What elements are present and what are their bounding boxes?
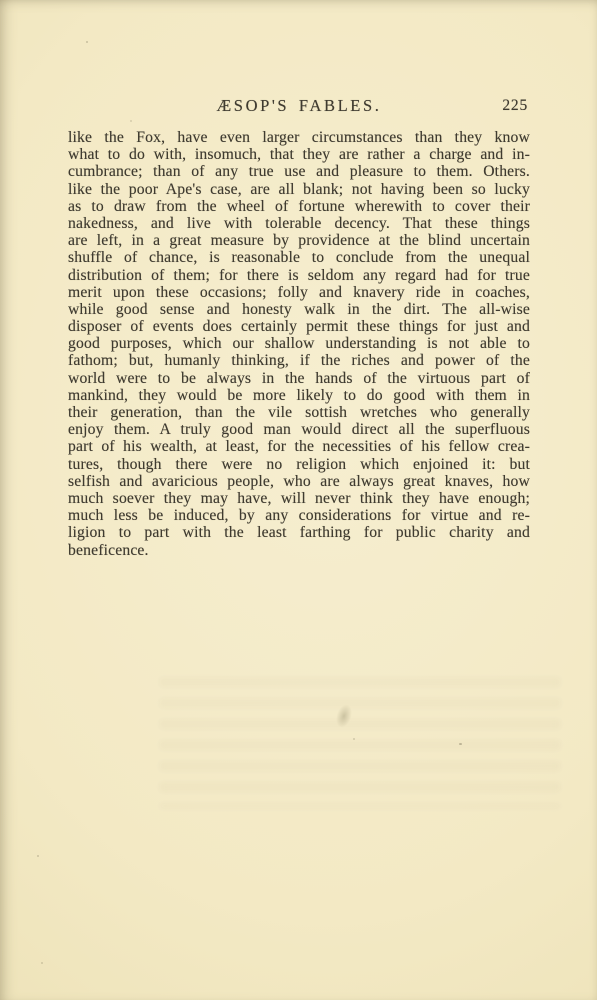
text-line: good purposes, which our shallow underst… — [68, 335, 530, 352]
text-line: much soever they may have, will never th… — [68, 490, 530, 507]
text-line: distribution of them; for there is seldo… — [68, 267, 530, 284]
text-line: while good sense and honesty walk in the… — [68, 301, 530, 318]
text-line: much less be induced, by any considerati… — [68, 507, 530, 524]
running-title: ÆSOP'S FABLES. — [68, 96, 530, 116]
text-line: part of his wealth, at least, for the ne… — [68, 438, 530, 455]
text-line: fathom; but, humanly thinking, if the ri… — [68, 352, 530, 369]
paper-speck — [41, 962, 43, 964]
text-line: like the Fox, have even larger circumsta… — [68, 129, 530, 146]
paper-speck — [459, 743, 462, 745]
text-line: mankind, they would be more likely to do… — [68, 387, 530, 404]
text-line: nakedness, and live with tolerable decen… — [68, 215, 530, 232]
body-text: like the Fox, have even larger circumsta… — [68, 129, 530, 559]
page-show-through — [160, 678, 560, 808]
text-line: enjoy them. A truly good man would direc… — [68, 421, 530, 438]
text-line: beneficence. — [68, 542, 530, 559]
text-line: what to do with, insomuch, that they are… — [68, 146, 530, 163]
paper-speck — [86, 41, 88, 43]
text-line: like the poor Ape's case, are all blank;… — [68, 181, 530, 198]
text-line: are left, in a great measure by providen… — [68, 232, 530, 249]
text-line: their generation, than the vile sottish … — [68, 404, 530, 421]
text-line: ligion to part with the least farthing f… — [68, 524, 530, 541]
page-header: ÆSOP'S FABLES. 225 — [68, 96, 530, 116]
page-number: 225 — [502, 97, 528, 115]
paper-speck — [353, 738, 355, 740]
text-line: tures, though there were no religion whi… — [68, 456, 530, 473]
book-page: ÆSOP'S FABLES. 225 like the Fox, have ev… — [0, 0, 597, 1000]
text-line: shuffle of chance, is reasonable to conc… — [68, 249, 530, 266]
text-line: selfish and avaricious people, who are a… — [68, 473, 530, 490]
text-line: world were to be always in the hands of … — [68, 370, 530, 387]
paper-speck — [130, 120, 132, 122]
text-line: as to draw from the wheel of fortune whe… — [68, 198, 530, 215]
text-line: merit upon these occasions; folly and kn… — [68, 284, 530, 301]
text-line: cumbrance; than of any true use and plea… — [68, 163, 530, 180]
paper-speck — [37, 855, 39, 857]
text-line: disposer of events does certainly permit… — [68, 318, 530, 335]
ink-smudge — [332, 701, 355, 731]
